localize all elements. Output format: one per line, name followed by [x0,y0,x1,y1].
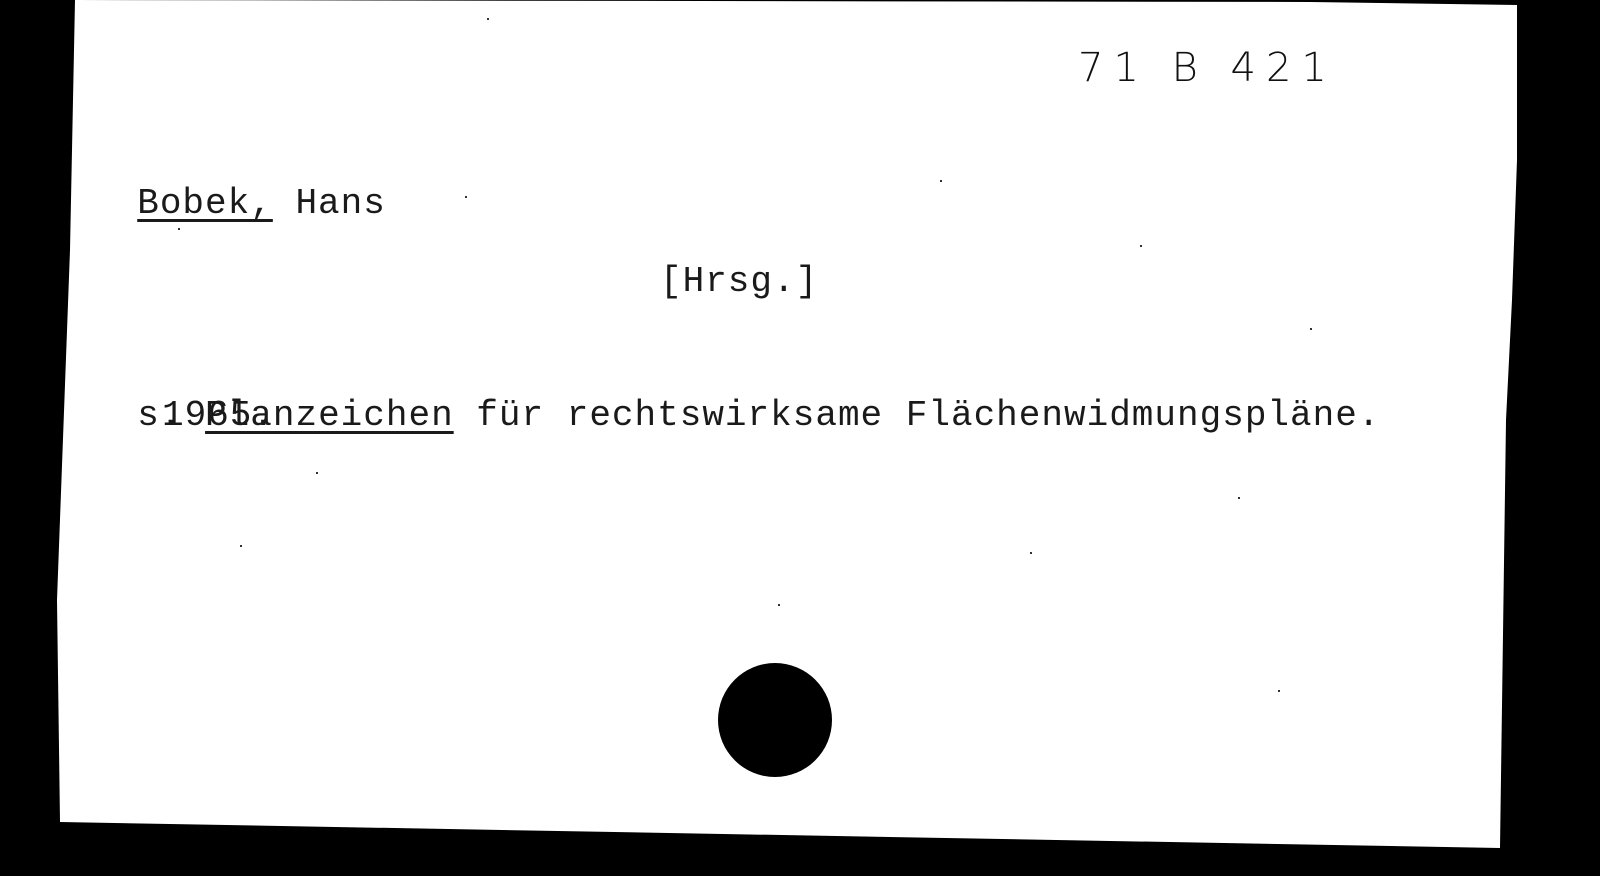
speck [178,228,180,230]
speck [465,196,467,198]
speck [940,180,942,182]
speck [316,472,318,474]
speck [1238,497,1240,499]
author-given-name: Hans [295,183,385,224]
reference-line: s. Planzeichen für rechtswirksame Fläche… [92,362,1380,434]
speck [1030,552,1032,554]
speck [487,18,489,20]
speck [1310,328,1312,330]
speck [1278,690,1280,692]
speck [1140,245,1142,247]
punch-hole [718,663,832,777]
reference-year: 1965. [162,398,275,434]
speck [778,604,780,606]
role-note: [Hrsg.] [660,264,818,300]
reference-title-rest: für rechtswirksame Flächenwidmungspläne. [476,395,1380,436]
call-number: 71 B 421 [1078,48,1337,88]
author-surname: Bobek, [137,183,273,224]
speck [240,545,242,547]
author-heading: Bobek, Hans [92,150,386,222]
